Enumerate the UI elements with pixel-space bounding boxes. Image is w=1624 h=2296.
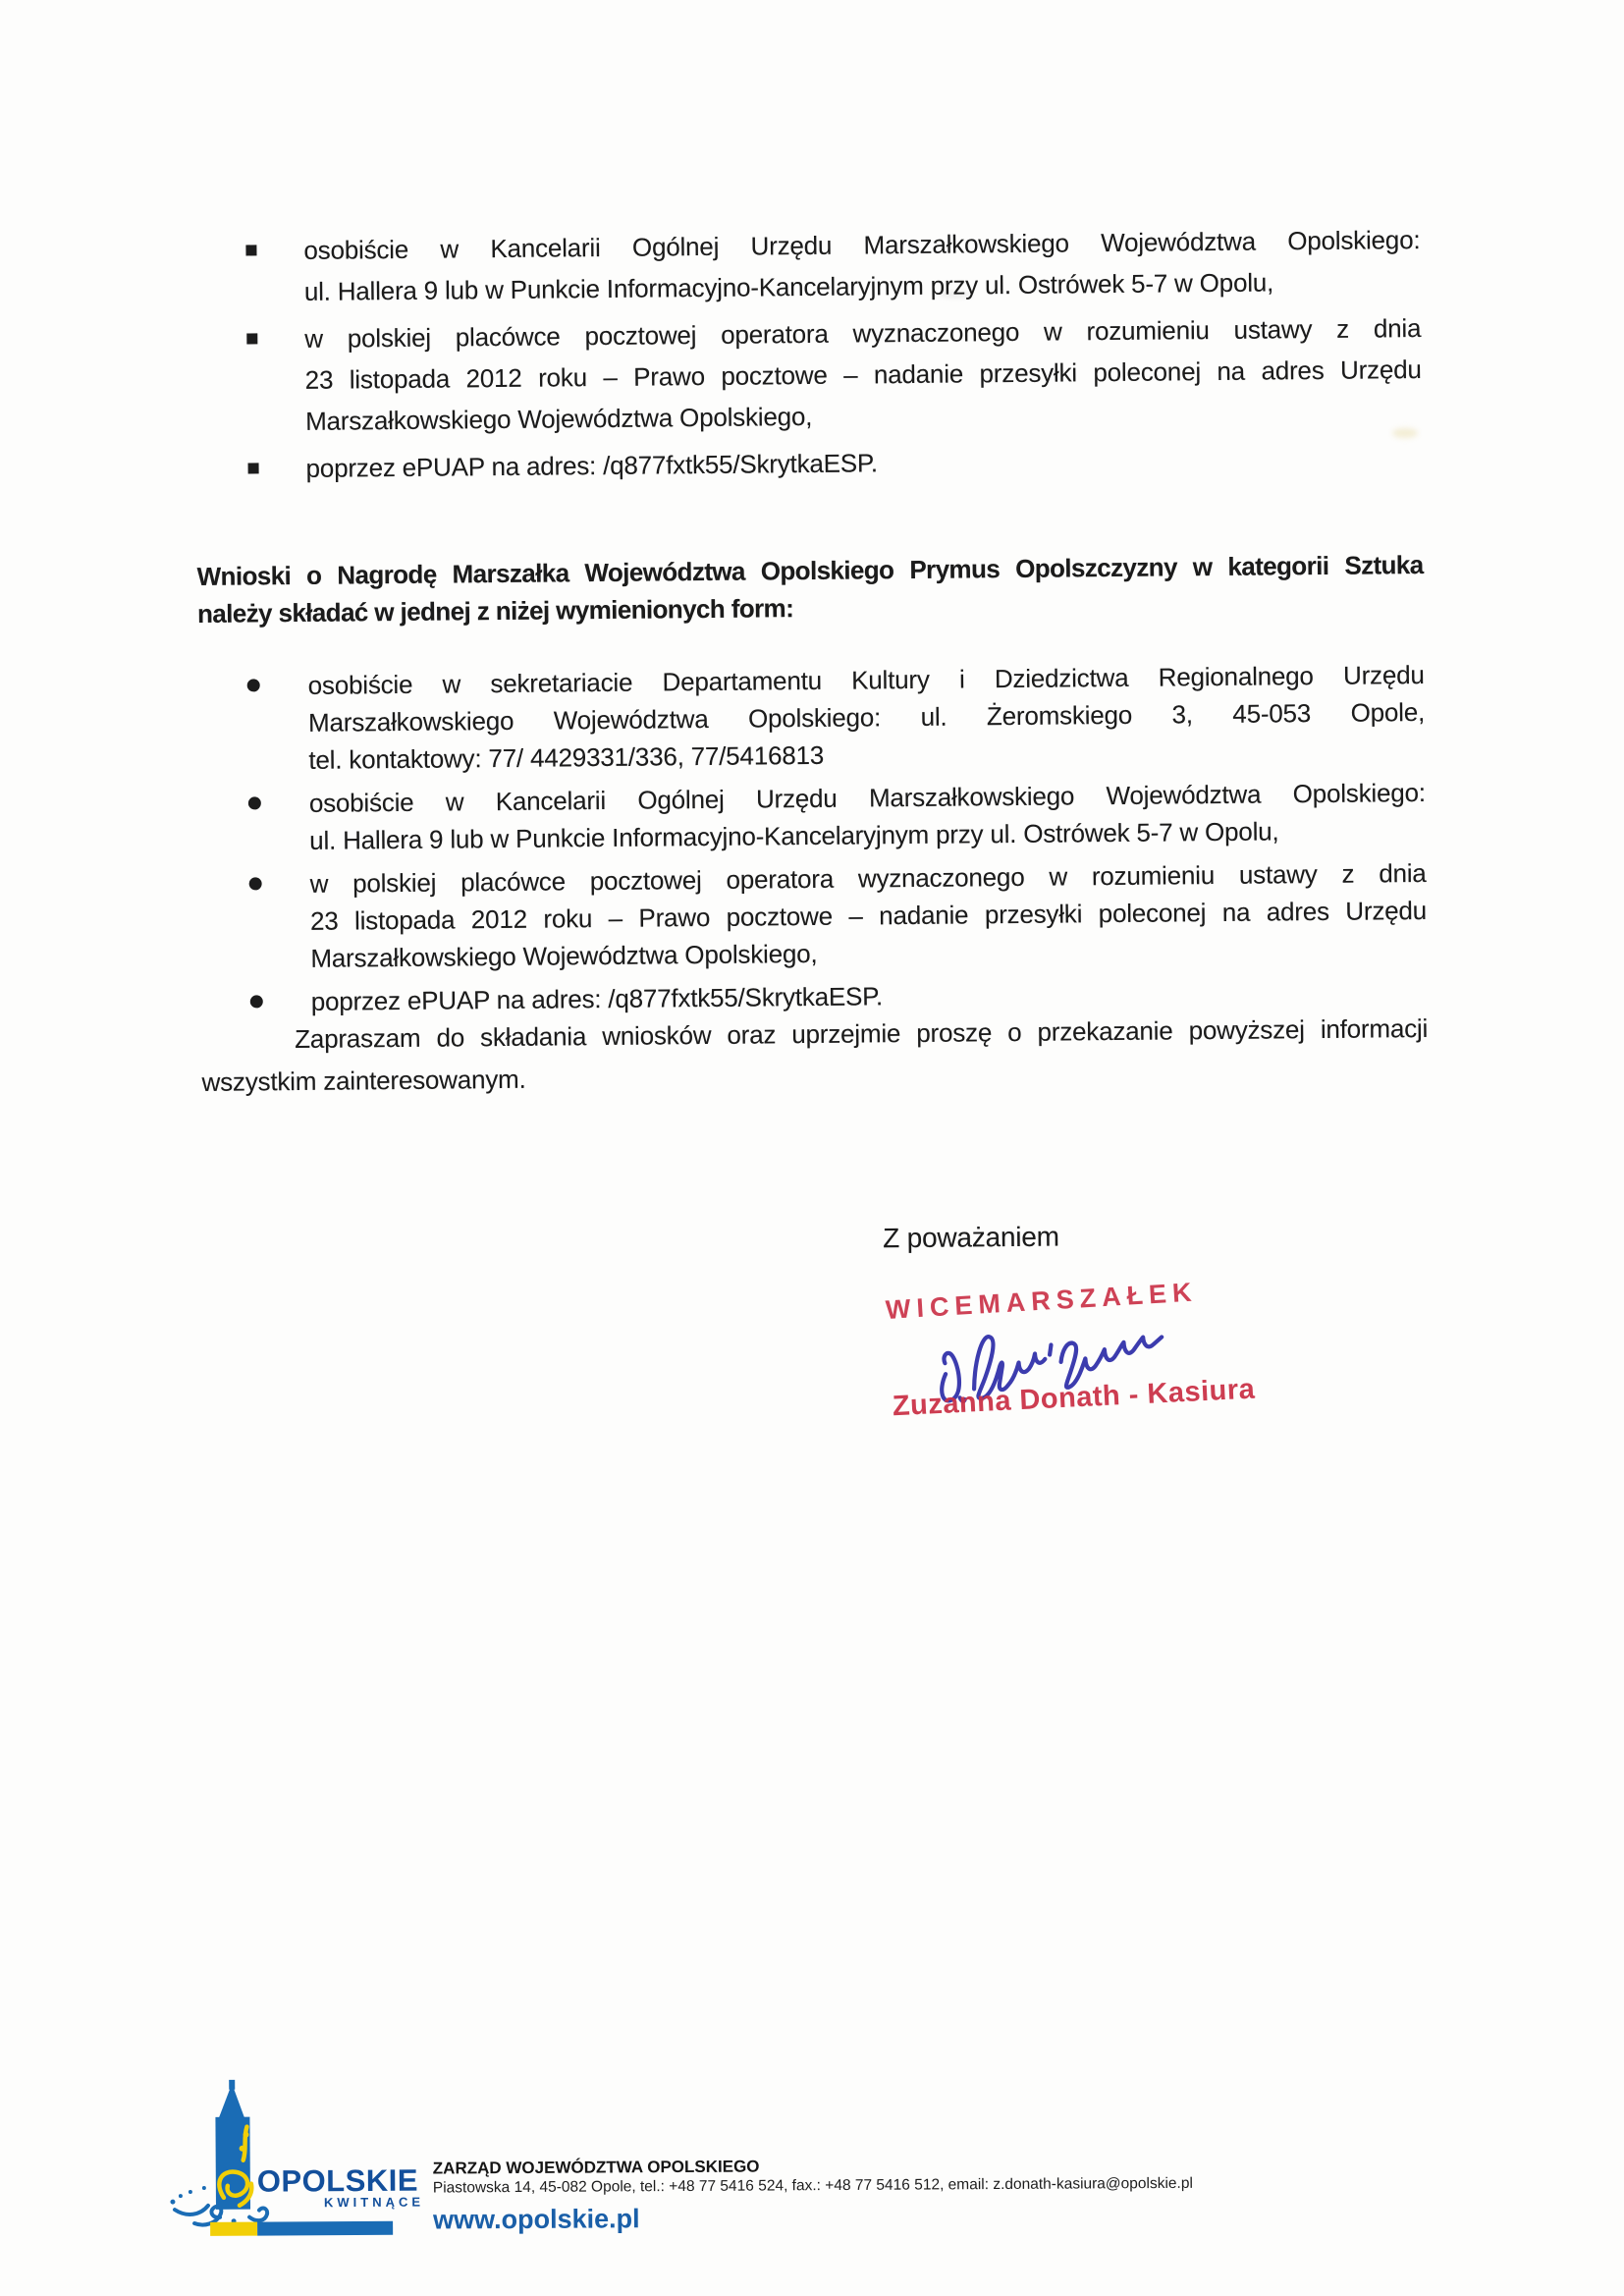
logo-tagline-text: KWITNĄCE <box>324 2195 424 2211</box>
logo-color-bar <box>210 2221 393 2236</box>
opolskie-tower-logo-icon <box>164 2079 401 2237</box>
list-item: w polskiej placówce pocztowej operatora … <box>199 854 1427 978</box>
round-bullet-icon <box>248 796 261 809</box>
closing-paragraph: Zapraszam do składania wniosków oraz upr… <box>201 1008 1429 1104</box>
section-heading: Wnioski o Nagrodę Marszałka Województwa … <box>196 546 1424 632</box>
square-bullet-icon <box>246 333 257 344</box>
valediction: Z poważaniem <box>883 1222 1059 1255</box>
square-bullet-icon <box>245 245 256 255</box>
submission-options-list-1: osobiście w Kancelarii Ogólnej Urzędu Ma… <box>193 219 1423 496</box>
list-item: osobiście w sekretariacie Departamentu K… <box>198 656 1426 780</box>
list-item: osobiście w Kancelarii Ogólnej Urzędu Ma… <box>193 219 1421 313</box>
yellow-bar-segment <box>210 2222 257 2236</box>
list-item: osobiście w Kancelarii Ogólnej Urzędu Ma… <box>199 774 1427 860</box>
round-bullet-icon <box>250 995 263 1008</box>
round-bullet-icon <box>249 877 262 890</box>
footer-organization: ZARZĄD WOJEWÓDZTWA OPOLSKIEGO <box>433 2157 760 2178</box>
list-item: w polskiej placówce pocztowej operatora … <box>194 307 1422 443</box>
scanned-letter-page: osobiście w Kancelarii Ogólnej Urzędu Ma… <box>0 0 1624 2296</box>
round-bullet-icon <box>247 679 260 691</box>
footer-address: Piastowska 14, 45-082 Opole, tel.: +48 7… <box>433 2175 1193 2198</box>
submission-options-list-2: osobiście w sekretariacie Departamentu K… <box>198 656 1428 1027</box>
list-item: poprzez ePUAP na adres: /q877fxtk55/Skry… <box>195 437 1422 490</box>
footer-website: www.opolskie.pl <box>433 2204 640 2235</box>
list-item-line: poprzez ePUAP na adres: /q877fxtk55/Skry… <box>305 437 1422 489</box>
square-bullet-icon <box>248 463 259 473</box>
letter-body: osobiście w Kancelarii Ogólnej Urzędu Ma… <box>191 0 1433 1571</box>
blue-bar-segment <box>257 2221 393 2236</box>
footer: OPOLSKIE KWITNĄCE ZARZĄD WOJEWÓDZTWA OPO… <box>0 2053 1624 2279</box>
